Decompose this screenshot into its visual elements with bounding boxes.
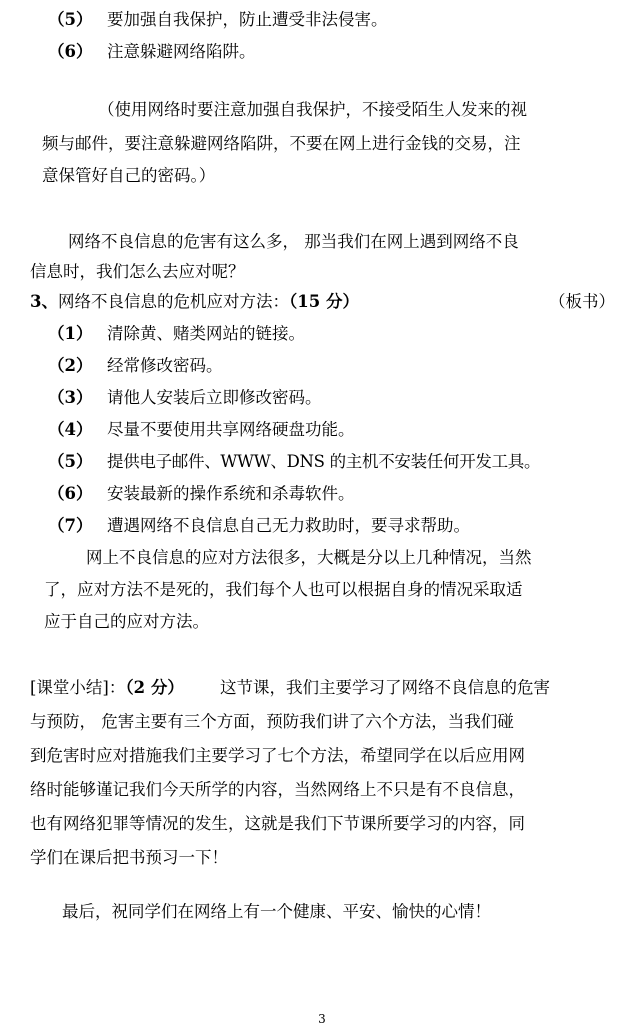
item-text: 尽量不要使用共享网络硬盘功能。 xyxy=(107,420,355,440)
summary-text: 这节课，我们主要学习了网络不良信息的危害 xyxy=(220,678,550,698)
paragraph-line: 网络不良信息的危害有这么多， 那当我们在网上遇到网络不良 xyxy=(68,232,519,252)
note-line: 频与邮件，要注意躲避网络陷阱，不要在网上进行金钱的交易，注 xyxy=(42,134,521,154)
item-text: 经常修改密码。 xyxy=(107,356,223,376)
summary-line: 到危害时应对措施我们主要学习了七个方法，希望同学在以后应用网 xyxy=(30,746,525,766)
item-text: 注意躲避网络陷阱。 xyxy=(107,42,256,62)
summary-line: 学们在课后把书预习一下！ xyxy=(30,848,228,868)
item-text: 清除黄、赌类网站的链接。 xyxy=(107,324,305,344)
item-number: （5） xyxy=(48,452,92,472)
summary-score: （2 分） xyxy=(125,678,183,697)
section-heading: 3、网络不良信息的危机应对方法：（15 分） （板书） xyxy=(30,292,615,312)
section-score: （15 分） xyxy=(289,292,359,311)
summary-line: 与预防， 危害主要有三个方面，预防我们讲了六个方法，当我们碰 xyxy=(30,712,514,732)
summary-line: 络时能够谨记我们今天所学的内容，当然网络上不只是有不良信息， xyxy=(30,780,525,800)
paragraph-line: 信息时，我们怎么去应对呢？ xyxy=(30,262,245,282)
item-number: （3） xyxy=(48,388,92,408)
item-text: 遭遇网络不良信息自己无力救助时，要寻求帮助。 xyxy=(107,516,470,536)
item-number: （2） xyxy=(48,356,92,376)
item-number: （5） xyxy=(48,10,92,30)
item-number: （6） xyxy=(48,484,92,504)
farewell-line: 最后，祝同学们在网络上有一个健康、平安、愉快的心情！ xyxy=(62,902,491,922)
paragraph-line: 应于自己的应对方法。 xyxy=(44,612,209,632)
item-text: 要加强自我保护，防止遭受非法侵害。 xyxy=(107,10,388,30)
summary-first-line: [课堂小结]：（2 分） 这节课，我们主要学习了网络不良信息的危害 xyxy=(30,678,184,698)
section-title: 网络不良信息的危机应对方法： xyxy=(58,292,289,311)
item-number: （4） xyxy=(48,420,92,440)
item-text: 请他人安装后立即修改密码。 xyxy=(107,388,322,408)
page-number: 3 xyxy=(0,1012,644,1026)
item-number: （7） xyxy=(48,516,92,536)
item-number: （1） xyxy=(48,324,92,344)
paragraph-line: 了，应对方法不是死的，我们每个人也可以根据自身的情况采取适 xyxy=(44,580,523,600)
summary-line: 也有网络犯罪等情况的发生，这就是我们下节课所要学习的内容，同 xyxy=(30,814,525,834)
document-page: （5） 要加强自我保护，防止遭受非法侵害。 （6） 注意躲避网络陷阱。 （使用网… xyxy=(0,0,644,1036)
section-number: 3、 xyxy=(30,292,58,311)
item-text: 提供电子邮件、WWW、DNS 的主机不安装任何开发工具。 xyxy=(107,452,540,472)
blackboard-tag: （板书） xyxy=(549,292,615,312)
note-line: （使用网络时要注意加强自我保护，不接受陌生人发来的视 xyxy=(98,100,527,120)
paragraph-line: 网上不良信息的应对方法很多，大概是分以上几种情况，当然 xyxy=(86,548,532,568)
summary-label: [课堂小结]： xyxy=(30,678,125,697)
item-number: （6） xyxy=(48,42,92,62)
note-line: 意保管好自己的密码。） xyxy=(42,166,215,186)
item-text: 安装最新的操作系统和杀毒软件。 xyxy=(107,484,355,504)
